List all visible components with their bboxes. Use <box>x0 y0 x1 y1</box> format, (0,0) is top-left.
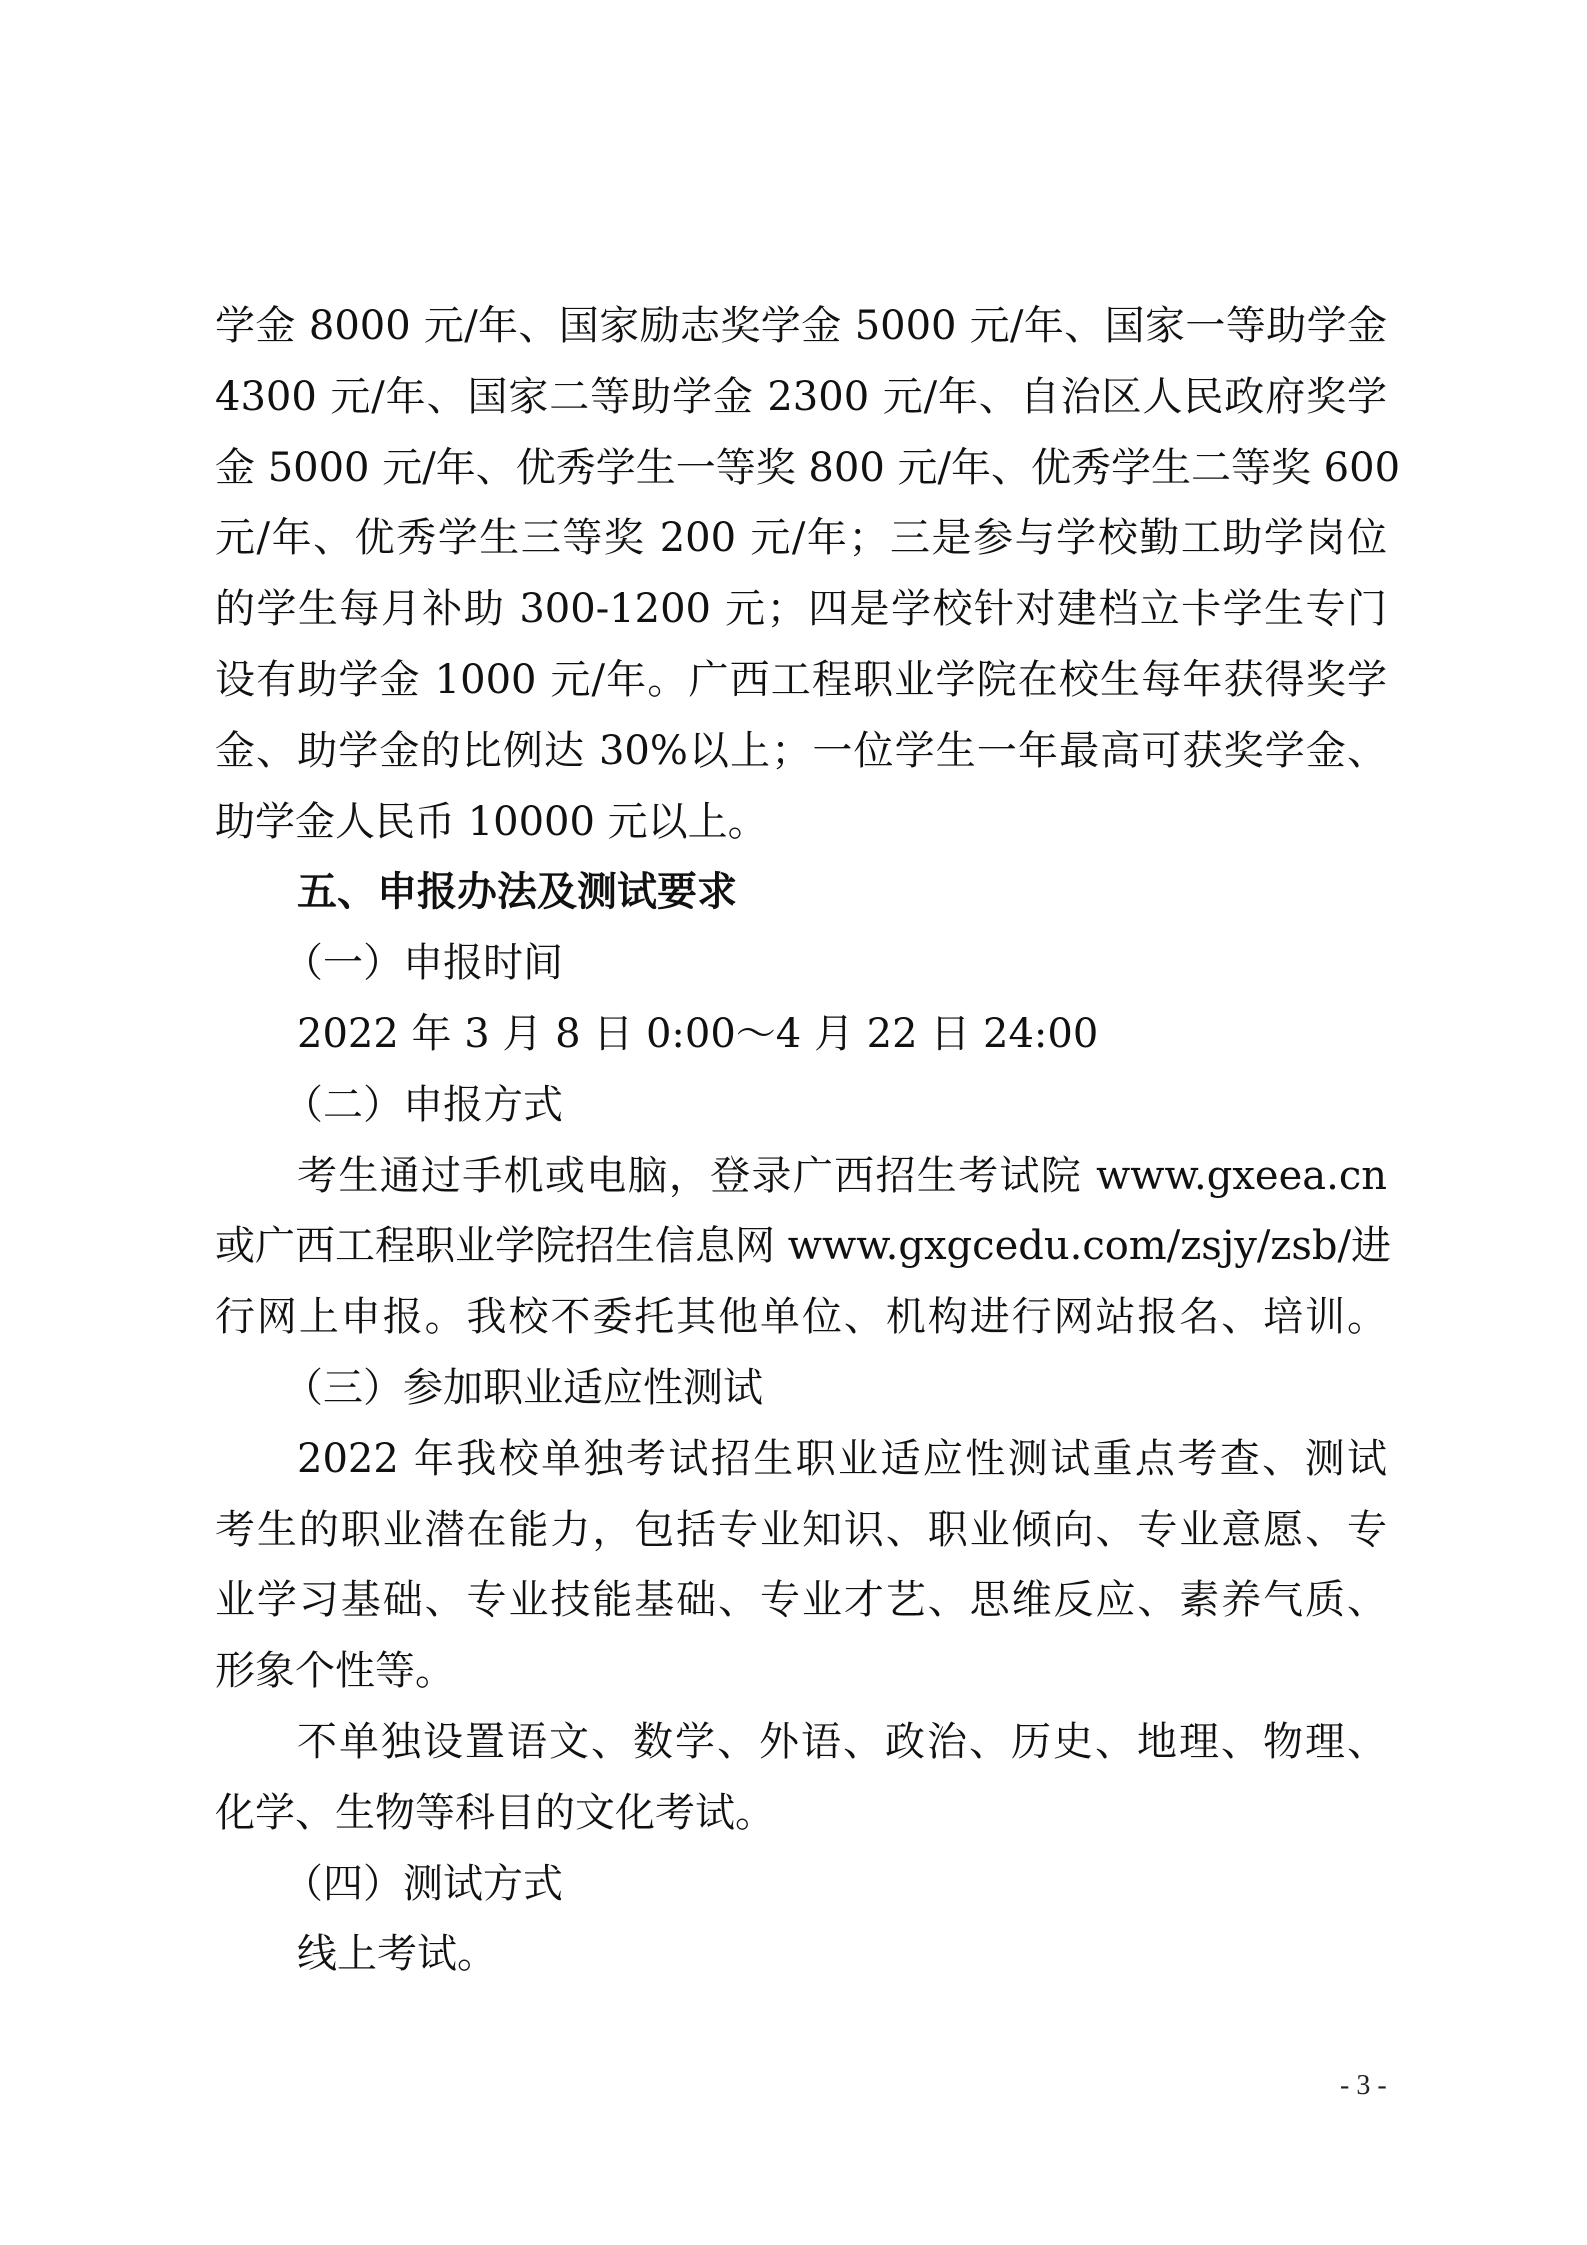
paragraph-line: 不单独设置语文、数学、外语、政治、历史、地理、物理、 <box>215 1707 1387 1778</box>
paragraph-line: 设有助学金 1000 元/年。广西工程职业学院在校生每年获得奖学 <box>215 645 1387 716</box>
paragraph-line: 学金 8000 元/年、国家励志奖学金 5000 元/年、国家一等助学金 <box>215 291 1387 362</box>
paragraph-line: 考生的职业潜在能力，包括专业知识、职业倾向、专业意愿、专 <box>215 1495 1387 1566</box>
page-body: 学金 8000 元/年、国家励志奖学金 5000 元/年、国家一等助学金 430… <box>215 291 1387 1990</box>
application-method-paragraph: 考生通过手机或电脑，登录广西招生考试院 www.gxeea.cn 或广西工程职业… <box>215 1141 1387 1353</box>
paragraph-line: 元/年、优秀学生三等奖 200 元/年；三是参与学校勤工助学岗位 <box>215 503 1387 574</box>
paragraph-line: 4300 元/年、国家二等助学金 2300 元/年、自治区人民政府奖学 <box>215 362 1387 433</box>
no-culture-exam-paragraph: 不单独设置语文、数学、外语、政治、历史、地理、物理、 化学、生物等科目的文化考试… <box>215 1707 1387 1849</box>
paragraph-line: 化学、生物等科目的文化考试。 <box>215 1778 1387 1849</box>
section-heading: 五、申报办法及测试要求 <box>215 857 1387 928</box>
paragraph-line: 助学金人民币 10000 元以上。 <box>215 787 1387 858</box>
subsection-heading-test-mode: （四）测试方式 <box>215 1849 1387 1920</box>
paragraph-line: 金、助学金的比例达 30%以上；一位学生一年最高可获奖学金、 <box>215 716 1387 787</box>
paragraph-line: 行网上申报。我校不委托其他单位、机构进行网站报名、培训。 <box>215 1282 1387 1353</box>
paragraph-line: 业学习基础、专业技能基础、专业才艺、思维反应、素养气质、 <box>215 1565 1387 1636</box>
application-period: 2022 年 3 月 8 日 0:00～4 月 22 日 24:00 <box>215 999 1387 1070</box>
test-mode-text: 线上考试。 <box>215 1919 1387 1990</box>
document-page: 学金 8000 元/年、国家励志奖学金 5000 元/年、国家一等助学金 430… <box>0 0 1587 2245</box>
subsection-heading-time: （一）申报时间 <box>215 928 1387 999</box>
paragraph-line: 形象个性等。 <box>215 1636 1387 1707</box>
paragraph-line: 的学生每月补助 300-1200 元；四是学校针对建档立卡学生专门 <box>215 574 1387 645</box>
scholarship-paragraph: 学金 8000 元/年、国家励志奖学金 5000 元/年、国家一等助学金 430… <box>215 291 1387 857</box>
aptitude-test-paragraph: 2022 年我校单独考试招生职业适应性测试重点考查、测试 考生的职业潜在能力，包… <box>215 1424 1387 1707</box>
paragraph-line: 或广西工程职业学院招生信息网 www.gxgcedu.com/zsjy/zsb/… <box>215 1211 1387 1282</box>
paragraph-line: 2022 年我校单独考试招生职业适应性测试重点考查、测试 <box>215 1424 1387 1495</box>
subsection-heading-aptitude-test: （三）参加职业适应性测试 <box>215 1353 1387 1424</box>
paragraph-line: 金 5000 元/年、优秀学生一等奖 800 元/年、优秀学生二等奖 600 <box>215 433 1387 504</box>
page-number: - 3 - <box>1340 2070 1387 2102</box>
paragraph-line: 考生通过手机或电脑，登录广西招生考试院 www.gxeea.cn <box>215 1141 1387 1212</box>
subsection-heading-method: （二）申报方式 <box>215 1070 1387 1141</box>
